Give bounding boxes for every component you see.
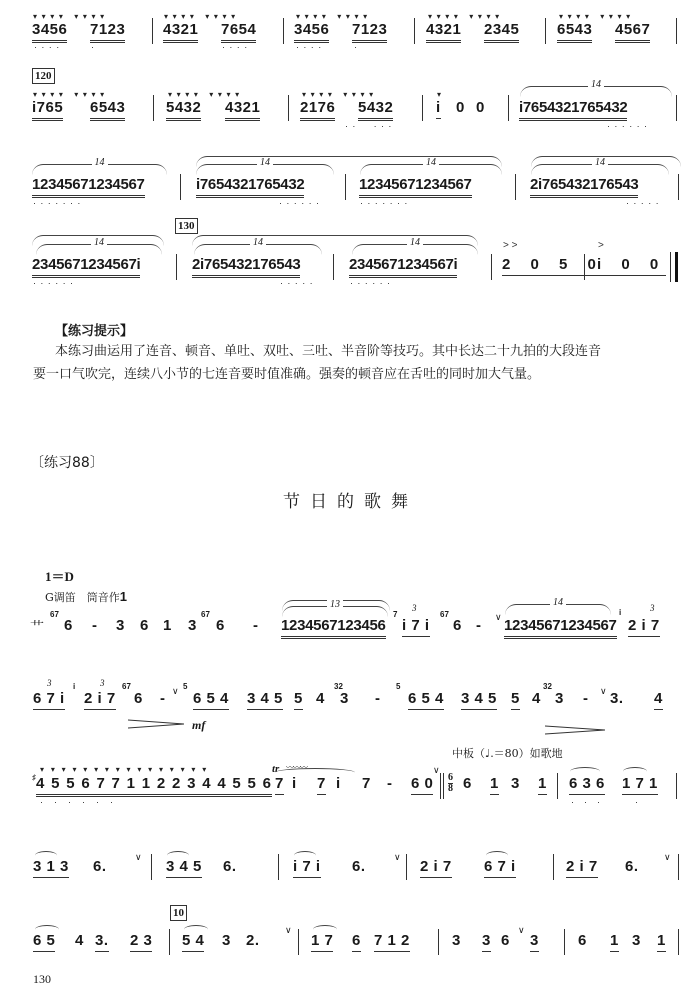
octave-dots: ······ bbox=[607, 121, 651, 131]
note: i bbox=[336, 775, 341, 793]
grace-notes: 67 bbox=[50, 610, 59, 619]
barline bbox=[414, 18, 415, 44]
tuplet-number: 13 bbox=[327, 599, 343, 610]
note: 3 bbox=[116, 617, 125, 635]
tuplet-bracket: 14 bbox=[36, 244, 162, 255]
tuplet-number: 14 bbox=[407, 237, 423, 248]
note: 1 bbox=[163, 617, 172, 635]
note-group: i765 bbox=[32, 99, 63, 121]
note: 6. bbox=[223, 858, 237, 876]
triplet-number: 3 bbox=[47, 678, 52, 688]
rest: 0 bbox=[476, 99, 485, 117]
note-group: 2 i 7 bbox=[420, 858, 452, 878]
note-group: 5432 bbox=[358, 99, 393, 121]
tips-heading: 【练习提示】 bbox=[55, 320, 133, 339]
barline bbox=[180, 174, 181, 200]
note: 7 bbox=[317, 775, 326, 795]
octave-dots: ···· bbox=[34, 42, 64, 52]
grace-notes: 67 bbox=[122, 682, 131, 691]
note: 6 bbox=[352, 932, 361, 952]
note: 6 bbox=[216, 617, 225, 635]
note-group: 7123 bbox=[90, 21, 125, 43]
tuplet-number: 14 bbox=[423, 157, 439, 168]
note-group: 5 4 bbox=[182, 932, 204, 952]
note: 3. bbox=[95, 932, 109, 952]
dash: - bbox=[375, 690, 381, 708]
staff-system-2: 120 ▾▾▾▾ ▾▾▾▾ i765 6543 ▾▾▾▾ ▾▾▾▾ 5432 4… bbox=[0, 68, 681, 128]
note: 4 bbox=[654, 690, 663, 710]
decrescendo-hairpin bbox=[545, 724, 605, 736]
note-group: 12345671234567 bbox=[32, 176, 145, 198]
chromatic-run: 4 5 5 6 7 7 1 1 2 2 3 4 4 5 5 6 bbox=[36, 775, 272, 797]
grace-notes: 67 bbox=[201, 610, 210, 619]
time-signature-bottom: 8 bbox=[448, 783, 453, 794]
note: 3 bbox=[188, 617, 197, 635]
tuplet-bracket: 14 bbox=[352, 244, 478, 255]
octave-dots: ···· bbox=[222, 42, 252, 52]
barline bbox=[584, 254, 585, 280]
note-group: 2i765432176543 bbox=[530, 176, 638, 198]
note-group: 3456 bbox=[32, 21, 67, 43]
staff-system-3: 14 12345671234567 ······· 14 i7654321765… bbox=[0, 160, 681, 205]
tempo-marking: 中板（♩.＝80）如歌地 bbox=[452, 745, 563, 761]
note: 3. bbox=[610, 690, 624, 708]
note-group: 2345671234567i bbox=[349, 256, 457, 278]
note-group: 2176 bbox=[300, 99, 335, 121]
exercise-label: 〔练习88〕 bbox=[30, 452, 104, 472]
note: 6 bbox=[64, 617, 73, 635]
octave-dots: ····· bbox=[280, 278, 317, 288]
accent-mark: > bbox=[598, 240, 604, 251]
time-signature-top: 6 bbox=[448, 773, 453, 783]
note-group: 4567 bbox=[615, 21, 650, 43]
breath-mark: ∨ bbox=[135, 852, 142, 863]
note-group: 3 1 3 bbox=[33, 858, 69, 878]
tuplet-number: 14 bbox=[257, 157, 273, 168]
tuplet-bracket: 13 bbox=[282, 606, 388, 617]
note: 3 bbox=[222, 932, 231, 950]
breath-mark: ∨ bbox=[664, 852, 671, 863]
time-signature: 6 8 bbox=[448, 773, 453, 794]
score-line-3: ▾▾▾▾▾▾▾▾▾▾▾▾▾▾▾▾ ♯ 4 5 5 6 7 7 1 1 2 2 3… bbox=[0, 765, 681, 810]
octave-dots: ······ bbox=[279, 198, 323, 208]
note-group: 4321 bbox=[426, 21, 461, 43]
octave-dots: ······· bbox=[360, 198, 412, 208]
note-group: 6 5 4 bbox=[193, 690, 229, 710]
note-group: 6543 bbox=[557, 21, 592, 43]
barline bbox=[298, 929, 299, 955]
octave-dots: ······· bbox=[33, 198, 85, 208]
grace-notes: 67 bbox=[440, 610, 449, 619]
free-meter-mark: 艹 bbox=[30, 617, 44, 637]
barline bbox=[152, 18, 153, 44]
octave-dots: ····· bbox=[626, 198, 663, 208]
barline bbox=[515, 174, 516, 200]
note-group: i 0 0 bbox=[597, 256, 666, 276]
staccato-marks: ▾▾▾▾ ▾▾▾▾ bbox=[33, 12, 109, 21]
dash: - bbox=[387, 775, 393, 793]
note-group: i 7 i bbox=[293, 858, 321, 878]
score-line-5: 10 6 5 4 3. 2 3 5 4 3 2. ∨ 1 7 6 7 1 2 3… bbox=[0, 905, 681, 960]
note: 6. bbox=[93, 858, 107, 876]
note: i bbox=[292, 775, 297, 793]
grace-note: i bbox=[619, 608, 621, 617]
note-group: 6 5 4 bbox=[408, 690, 444, 710]
barline bbox=[678, 174, 679, 200]
rehearsal-mark: 10 bbox=[170, 905, 187, 921]
note: 6 bbox=[501, 932, 510, 950]
note-group: 1 7 bbox=[311, 932, 333, 952]
tuplet-bracket: 14 bbox=[360, 164, 502, 175]
double-barline bbox=[443, 773, 444, 799]
note-group: 2 i 7 bbox=[84, 690, 116, 710]
tuplet-bracket: 14 bbox=[520, 86, 672, 97]
note-group: i7654321765432 bbox=[519, 99, 627, 121]
note: 4 bbox=[532, 690, 541, 708]
note: 7 bbox=[275, 775, 284, 795]
key-signature: 1＝D bbox=[45, 566, 74, 585]
note: 3 bbox=[340, 690, 349, 708]
dynamic-mark: mf bbox=[192, 718, 205, 733]
barline bbox=[676, 18, 677, 44]
breath-mark: ∨ bbox=[495, 612, 502, 623]
tips-paragraph-line-1: 本练习曲运用了连音、顿音、单吐、双吐、三吐、半音阶等技巧。其中长达二十九拍的大段… bbox=[55, 341, 675, 363]
octave-dots: ··· · bbox=[571, 797, 648, 807]
barline bbox=[491, 254, 492, 280]
note: 6. bbox=[625, 858, 639, 876]
barline bbox=[676, 95, 677, 121]
note-group: 2 i 7 bbox=[628, 617, 660, 637]
note: i bbox=[436, 99, 441, 119]
staccato-marks: ▾▾▾▾ ▾▾▾▾ bbox=[302, 90, 378, 99]
note: 3 bbox=[511, 775, 520, 793]
octave-dots: ······ bbox=[40, 797, 124, 807]
note-group: 12345671234567 bbox=[504, 617, 617, 639]
note-group: 5432 bbox=[166, 99, 201, 121]
tuplet-bracket: 14 bbox=[32, 164, 167, 175]
note-group: 12345671234567 bbox=[359, 176, 472, 198]
breath-mark: ∨ bbox=[394, 852, 401, 863]
barline bbox=[678, 854, 679, 880]
slur bbox=[275, 768, 355, 777]
octave-dots: ······ bbox=[350, 278, 394, 288]
note-group: i7654321765432 bbox=[196, 176, 304, 198]
staccato-marks: ▾▾▾▾ ▾▾▾▾ bbox=[33, 90, 109, 99]
barline bbox=[283, 18, 284, 44]
breath-mark: ∨ bbox=[172, 686, 179, 697]
note: 6 bbox=[578, 932, 587, 950]
note-group: 2 i 7 bbox=[566, 858, 598, 878]
barline bbox=[545, 18, 546, 44]
piece-title: 节日的歌舞 bbox=[283, 487, 418, 512]
grace-note: 5 bbox=[396, 682, 400, 691]
note-group: 2i765432176543 bbox=[192, 256, 300, 278]
tuplet-number: 14 bbox=[592, 157, 608, 168]
note-group: 2 0 5 0 bbox=[502, 256, 604, 276]
note-group: 1 7 1 bbox=[622, 775, 658, 795]
note-group: 2 3 bbox=[130, 932, 152, 952]
note-group: i 7 i bbox=[402, 617, 430, 637]
staccato-marks: ▾ bbox=[437, 90, 446, 99]
note: 3 bbox=[555, 690, 564, 708]
note-group: 3 4 5 bbox=[166, 858, 202, 878]
note-group: 6 7 i bbox=[33, 690, 65, 710]
barline bbox=[406, 854, 407, 880]
note: 6 bbox=[463, 775, 472, 793]
dash: - bbox=[476, 617, 482, 635]
dash: - bbox=[583, 690, 589, 708]
note: 1 bbox=[657, 932, 666, 952]
barline bbox=[288, 95, 289, 121]
grace-note: 5 bbox=[183, 682, 187, 691]
barline bbox=[678, 929, 679, 955]
barline bbox=[345, 174, 346, 200]
note-group: 1234567123456 bbox=[281, 617, 386, 639]
score-line-2: 3 6 7 i i 3 2 i 7 67 6 - ∨ 5 6 5 4 3 4 5… bbox=[0, 678, 681, 738]
staccato-marks: ▾▾▾▾▾▾▾▾▾▾▾▾▾▾▾▾ bbox=[40, 765, 213, 774]
note: 4 bbox=[316, 690, 325, 708]
note-group: 6 5 bbox=[33, 932, 55, 952]
tips-paragraph-line-2: 要一口气吹完，连续八小节的七连音要时值准确。强奏的顿音应在舌吐的同时加大气量。 bbox=[33, 364, 673, 386]
staccato-marks: ▾▾▾▾ ▾▾▾▾ bbox=[164, 12, 240, 21]
tuplet-number: 14 bbox=[250, 237, 266, 248]
triplet-number: 3 bbox=[412, 603, 417, 613]
note-group: 2345671234567i bbox=[32, 256, 140, 278]
note: 3 bbox=[632, 932, 641, 950]
note: 3 bbox=[482, 932, 491, 952]
breath-mark: ∨ bbox=[600, 686, 607, 697]
final-barline bbox=[675, 252, 678, 282]
barline bbox=[557, 773, 558, 799]
note: 1 bbox=[610, 932, 619, 952]
note-group: 4321 bbox=[163, 21, 198, 43]
note-group: 6543 bbox=[90, 99, 125, 121]
dash: - bbox=[160, 690, 166, 708]
note: 1 bbox=[490, 775, 499, 795]
octave-dots: ·· ··· bbox=[345, 121, 396, 131]
page-number: 130 bbox=[33, 972, 51, 987]
breath-mark: ∨ bbox=[285, 925, 292, 936]
note-group: 4321 bbox=[225, 99, 260, 121]
grace-notes: 32 bbox=[543, 682, 552, 691]
barline bbox=[169, 929, 170, 955]
rehearsal-mark: 120 bbox=[32, 68, 55, 84]
octave-dots: · bbox=[91, 42, 98, 52]
note-group: 3456 bbox=[294, 21, 329, 43]
tuplet-bracket: 14 bbox=[531, 164, 669, 175]
barline bbox=[151, 854, 152, 880]
note: 6 bbox=[140, 617, 149, 635]
note-group: 7123 bbox=[352, 21, 387, 43]
dash: - bbox=[253, 617, 259, 635]
note: 7 bbox=[362, 775, 371, 793]
note-group: 6 3 6 bbox=[569, 775, 605, 795]
decrescendo-hairpin bbox=[128, 718, 184, 730]
tuplet-number: 14 bbox=[91, 237, 107, 248]
note: 3 bbox=[452, 932, 461, 950]
note: 4 bbox=[75, 932, 84, 950]
note: 6 bbox=[453, 617, 462, 635]
barline bbox=[438, 929, 439, 955]
tuplet-number: 14 bbox=[550, 597, 566, 608]
note: 6 bbox=[134, 690, 143, 708]
staccato-marks: ▾▾▾▾ ▾▾▾▾ bbox=[296, 12, 372, 21]
grace-note: 7 bbox=[393, 610, 397, 619]
staccato-marks: ▾▾▾▾ ▾▾▾▾ bbox=[168, 90, 244, 99]
staccato-marks: ▾▾▾▾ ▾▾▾▾ bbox=[428, 12, 504, 21]
note: 6. bbox=[352, 858, 366, 876]
triplet-number: 3 bbox=[100, 678, 105, 688]
note-group: 6 7 i bbox=[484, 858, 516, 878]
note: 5 bbox=[294, 690, 303, 710]
tuplet-bracket: 14 bbox=[505, 604, 611, 615]
note-group: 3 4 5 bbox=[461, 690, 497, 710]
barline bbox=[278, 854, 279, 880]
barline bbox=[153, 95, 154, 121]
tuplet-number: 14 bbox=[588, 79, 604, 90]
rest: 0 bbox=[456, 99, 465, 117]
tuplet-bracket: 14 bbox=[194, 244, 322, 255]
barline bbox=[422, 95, 423, 121]
score-line-4: 3 1 3 6. ∨ 3 4 5 6. i 7 i 6. ∨ 2 i 7 6 7… bbox=[0, 848, 681, 888]
note: 1 bbox=[538, 775, 547, 795]
barline bbox=[676, 773, 677, 799]
note-group: 7 1 2 bbox=[374, 932, 410, 952]
barline bbox=[553, 854, 554, 880]
dash: - bbox=[92, 617, 98, 635]
note: 5 bbox=[511, 690, 520, 710]
barline bbox=[333, 254, 334, 280]
rehearsal-mark: 130 bbox=[175, 218, 198, 234]
score-line-1: 艹 67 6 - 3 6 1 3 67 6 - 13 1234567123456… bbox=[0, 600, 681, 645]
grace-note: i bbox=[73, 682, 75, 691]
tuplet-bracket: 14 bbox=[196, 164, 334, 175]
note-group: 6 0 bbox=[411, 775, 433, 795]
staff-system-1: ▾▾▾▾ ▾▾▾▾ 3456 7123 ···· · ▾▾▾▾ ▾▾▾▾ 432… bbox=[0, 12, 681, 42]
triplet-number: 3 bbox=[650, 603, 655, 613]
tuplet-number: 14 bbox=[92, 157, 108, 168]
barline bbox=[564, 929, 565, 955]
note-group: 3 4 5 bbox=[247, 690, 283, 710]
breath-mark: ∨ bbox=[518, 925, 525, 936]
breath-mark: ∨ bbox=[433, 765, 440, 776]
note: 3 bbox=[530, 932, 539, 952]
note-group: 7654 bbox=[221, 21, 256, 43]
octave-dots: · bbox=[354, 42, 361, 52]
accent-marks: > > bbox=[503, 240, 517, 251]
barline bbox=[176, 254, 177, 280]
note-group: 2345 bbox=[484, 21, 519, 43]
note: 2. bbox=[246, 932, 260, 950]
final-barline-thin bbox=[670, 252, 671, 282]
staff-system-4: 130 14 2345671234567i ······ 14 2i765432… bbox=[0, 218, 681, 283]
barline bbox=[508, 95, 509, 121]
double-barline bbox=[440, 773, 441, 799]
staccato-marks: ▾▾▾▾ ▾▾▾▾ bbox=[559, 12, 635, 21]
octave-dots: ···· bbox=[296, 42, 326, 52]
octave-dots: ······ bbox=[33, 278, 77, 288]
